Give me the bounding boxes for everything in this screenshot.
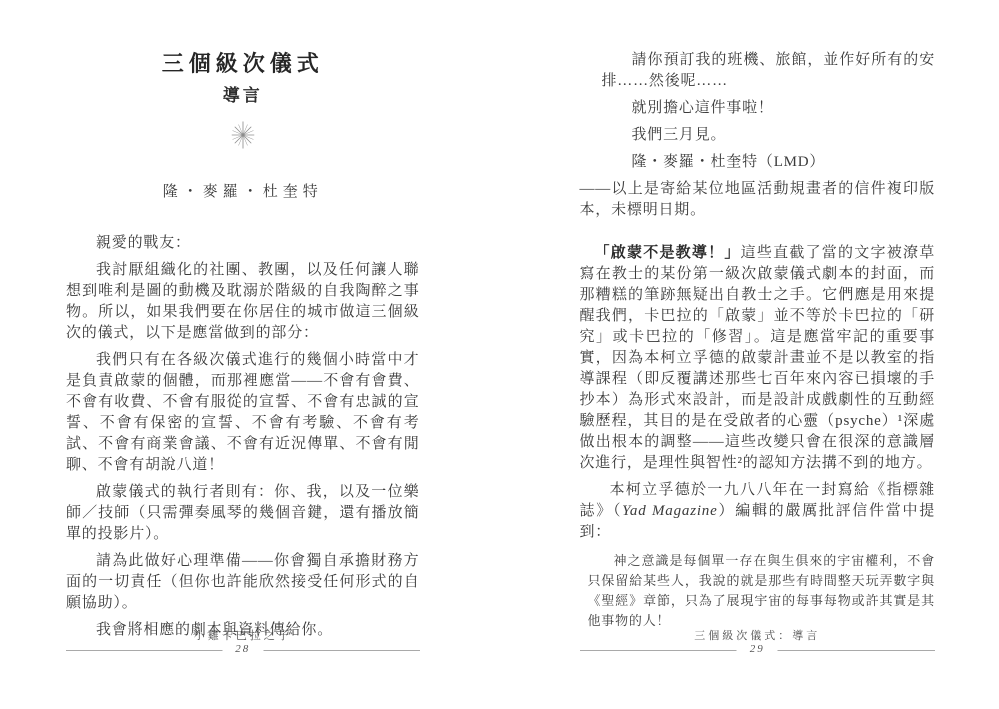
body-paragraph: 我討厭組織化的社團、教團，以及任何讓人聯想到唯利是圖的動機及耽溺於階級的自我陶醉… (66, 260, 420, 344)
letter-paragraph: 我們三月見。 (602, 125, 936, 146)
starburst-icon (228, 120, 258, 150)
chapter-title: 三個級次儀式 (66, 50, 420, 78)
body-paragraph: 請為此做好心理準備——你會獨自承擔財務方面的一切責任（但你也許能欣然接受任何形式… (66, 551, 420, 614)
right-page: 請你預訂我的班機、旅館，並作好所有的安排……然後呢…… 就別擔心這件事啦！ 我們… (500, 0, 999, 709)
lead-bold-text: 「啟蒙不是教導！」 (595, 245, 741, 261)
lead-rest-text: 這些直截了當的文字被潦草寫在教士的某份第一級次啟蒙儀式劇本的封面，而那糟糕的筆跡… (580, 245, 936, 471)
ornament-wrap (66, 120, 420, 150)
footer-rule: 28 (66, 650, 420, 651)
letter-salutation: 親愛的戰友： (66, 233, 420, 254)
book-spread: 三個級次儀式 導言 隆・麥羅・杜奎 (0, 0, 999, 709)
body-paragraph-magazine: 本柯立孚德於一九八八年在一封寫給《指標雜誌》（Yad Magazine）編輯的嚴… (580, 480, 936, 543)
block-quote: 神之意識是每個單一存在與生俱來的宇宙權利，不會只保留給某些人，我說的就是那些有時… (588, 551, 936, 631)
left-page: 三個級次儀式 導言 隆・麥羅・杜奎 (0, 0, 500, 709)
footer-rule: 29 (580, 650, 936, 651)
right-page-footer: 三個級次儀式：導言 29 (580, 629, 936, 651)
letter-signature: 隆・麥羅・杜奎特（LMD） (602, 152, 936, 173)
left-page-body: 親愛的戰友： 我討厭組織化的社團、教團，以及任何讓人聯想到唯利是圖的動機及耽溺於… (66, 233, 420, 641)
magazine-title-text: Yad Magazine (622, 503, 717, 519)
page-number: 29 (737, 643, 778, 655)
body-paragraph-lead: 「啟蒙不是教導！」這些直截了當的文字被潦草寫在教士的某份第一級次啟蒙儀式劇本的封… (580, 243, 936, 474)
body-paragraph: 啟蒙儀式的執行者則有：你、我，以及一位樂師／技師（只需彈奏風琴的幾個音鍵，還有播… (66, 482, 420, 545)
running-title: 小雞卡巴拉之子 (66, 629, 420, 643)
letter-excerpt: 請你預訂我的班機、旅館，並作好所有的安排……然後呢…… 就別擔心這件事啦！ 我們… (602, 50, 936, 173)
letter-paragraph: 就別擔心這件事啦！ (602, 98, 936, 119)
page-number: 28 (222, 643, 263, 655)
body-paragraph: 我們只有在各級次儀式進行的幾個小時當中才是負責啟蒙的個體，而那裡應當——不會有會… (66, 350, 420, 476)
left-page-footer: 小雞卡巴拉之子 28 (66, 629, 420, 651)
letter-paragraph: 請你預訂我的班機、旅館，並作好所有的安排……然後呢…… (602, 50, 936, 92)
letter-attribution: ——以上是寄給某位地區活動規畫者的信件複印版本，未標明日期。 (580, 179, 936, 221)
author-name: 隆・麥羅・杜奎特 (66, 182, 420, 203)
running-title: 三個級次儀式：導言 (580, 629, 936, 643)
chapter-subtitle: 導言 (66, 84, 420, 108)
chapter-header: 三個級次儀式 導言 隆・麥羅・杜奎 (66, 50, 420, 203)
